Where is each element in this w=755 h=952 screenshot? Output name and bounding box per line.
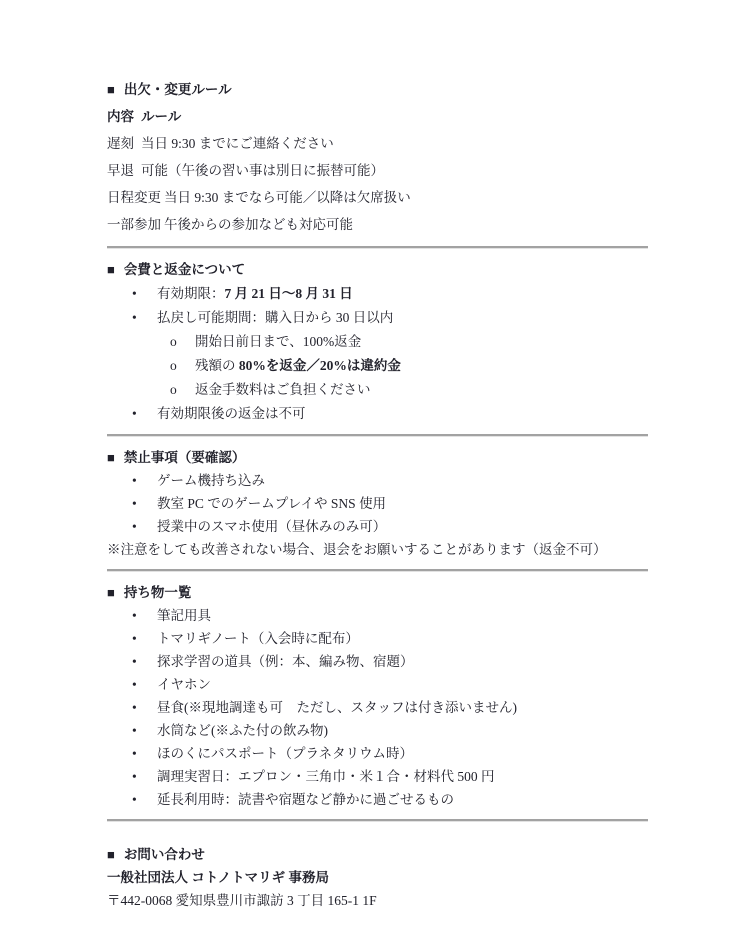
bullet-marker: • <box>132 673 157 696</box>
table-row: 遅刻 当日 9:30 までにご連絡ください <box>107 130 648 157</box>
bullet-marker: • <box>132 306 157 330</box>
list-item: • 水筒など(※ふた付の飲み物) <box>107 719 648 742</box>
bullet-marker: • <box>132 788 157 811</box>
list-item-text: 昼食(※現地調達も可 ただし、スタッフは付き添いません) <box>157 696 517 719</box>
bullet-marker: • <box>132 742 157 765</box>
postal-address: 〒442-0068 愛知県豊川市諏訪 3 丁目 165-1 1F <box>107 889 648 912</box>
section-prohibited: ■禁止事項（要確認） • ゲーム機持ち込み • 教室 PC でのゲームプレイや … <box>107 446 648 561</box>
table-row: 早退 可能（午後の習い事は別日に振替可能） <box>107 157 648 184</box>
section-belongings: ■持ち物一覧 • 筆記用具 • トマリギノート（入会時に配布） • 探求学習の道… <box>107 581 648 811</box>
bullet-marker: • <box>132 492 157 515</box>
heading-square-marker: ■ <box>107 446 115 469</box>
list-item: o 返金手数料はご負担ください <box>107 378 648 402</box>
list-item-text: 調理実習日：エプロン・三角巾・米１合・材料代 500 円 <box>157 765 495 788</box>
list-item-text: 探求学習の道具（例：本、編み物、宿題） <box>157 650 414 673</box>
bullet-marker: • <box>132 650 157 673</box>
list-item: • ゲーム機持ち込み <box>107 469 648 492</box>
list-item-text: 教室 PC でのゲームプレイや SNS 使用 <box>157 492 386 515</box>
rule-value: 当日 9:30 までなら可能／以降は欠席扱い <box>164 184 411 211</box>
section-heading: ■会費と返金について <box>107 258 648 282</box>
bullet-marker: o <box>170 378 195 402</box>
bullet-marker: • <box>132 469 157 492</box>
document-page: ■出欠・変更ルール 内容 ルール 遅刻 当日 9:30 までにご連絡ください 早… <box>0 0 755 912</box>
rule-label: 早退 <box>107 157 138 184</box>
bullet-marker: • <box>132 719 157 742</box>
list-item: • 延長利用時：読書や宿題など静かに過ごせるもの <box>107 788 648 811</box>
list-item-text: ほのくにパスポート（プラネタリウム時） <box>157 742 413 765</box>
section-heading: ■お問い合わせ <box>107 843 648 866</box>
rule-label: 日程変更 <box>107 184 161 211</box>
heading-square-marker: ■ <box>107 843 115 866</box>
rule-value: 当日 9:30 までにご連絡ください <box>141 130 334 157</box>
bullet-marker: o <box>170 354 195 378</box>
list-item: • ほのくにパスポート（プラネタリウム時） <box>107 742 648 765</box>
section-heading: ■禁止事項（要確認） <box>107 446 648 469</box>
list-item-text: 授業中のスマホ使用（昼休みのみ可） <box>157 515 386 538</box>
section-heading-text: 禁止事項（要確認） <box>124 450 246 465</box>
list-item-text: イヤホン <box>157 673 211 696</box>
list-item-text: 水筒など(※ふた付の飲み物) <box>157 719 328 742</box>
list-item-text: トマリギノート（入会時に配布） <box>157 627 359 650</box>
section-heading: ■出欠・変更ルール <box>107 76 648 103</box>
section-heading-text: お問い合わせ <box>124 847 205 862</box>
section-heading-text: 出欠・変更ルール <box>124 82 232 97</box>
list-item: • 有効期限：7 月 21 日～8 月 31 日 <box>107 282 648 306</box>
list-item: • 昼食(※現地調達も可 ただし、スタッフは付き添いません) <box>107 696 648 719</box>
list-item-text: 返金手数料はご負担ください <box>195 378 371 402</box>
list-item: • 授業中のスマホ使用（昼休みのみ可） <box>107 515 648 538</box>
section-divider <box>107 246 648 248</box>
list-item-text: 筆記用具 <box>157 604 211 627</box>
rule-value: ルール <box>141 103 181 130</box>
table-row: 一部参加 午後からの参加なども対応可能 <box>107 211 648 238</box>
list-item: • 教室 PC でのゲームプレイや SNS 使用 <box>107 492 648 515</box>
bullet-marker: • <box>132 282 157 306</box>
list-item: • トマリギノート（入会時に配布） <box>107 627 648 650</box>
list-item-text: 延長利用時：読書や宿題など静かに過ごせるもの <box>157 788 454 811</box>
section-heading-text: 会費と返金について <box>124 262 245 277</box>
list-item: o 開始日前日まで、100%返金 <box>107 330 648 354</box>
list-item-text: 払戻し可能期間：購入日から 30 日以内 <box>157 306 393 330</box>
organization-name: 一般社団法人 コトノトマリギ 事務局 <box>107 866 648 889</box>
bullet-marker: • <box>132 604 157 627</box>
bullet-marker: • <box>132 515 157 538</box>
table-row: 日程変更 当日 9:30 までなら可能／以降は欠席扱い <box>107 184 648 211</box>
list-item: • 調理実習日：エプロン・三角巾・米１合・材料代 500 円 <box>107 765 648 788</box>
bullet-marker: o <box>170 330 195 354</box>
section-divider <box>107 434 648 436</box>
rule-label: 遅刻 <box>107 130 138 157</box>
section-heading: ■持ち物一覧 <box>107 581 648 604</box>
section-divider <box>107 819 648 821</box>
list-item-text: 有効期限後の返金は不可 <box>157 402 306 426</box>
section-heading-text: 持ち物一覧 <box>124 585 192 600</box>
list-item: • 探求学習の道具（例：本、編み物、宿題） <box>107 650 648 673</box>
section-contact: ■お問い合わせ 一般社団法人 コトノトマリギ 事務局 〒442-0068 愛知県… <box>107 843 648 912</box>
list-item-text: 開始日前日まで、100%返金 <box>195 330 361 354</box>
warning-note: ※注意をしても改善されない場合、退会をお願いすることがあります（返金不可） <box>107 538 648 561</box>
section-fees-refunds: ■会費と返金について • 有効期限：7 月 21 日～8 月 31 日 • 払戻… <box>107 258 648 426</box>
section-attendance-rules: ■出欠・変更ルール 内容 ルール 遅刻 当日 9:30 までにご連絡ください 早… <box>107 76 648 238</box>
list-item: • 有効期限後の返金は不可 <box>107 402 648 426</box>
list-item: • 払戻し可能期間：購入日から 30 日以内 <box>107 306 648 330</box>
list-item: o 残額の 80%を返金／20%は違約金 <box>107 354 648 378</box>
bullet-marker: • <box>132 765 157 788</box>
rule-label: 内容 <box>107 103 138 130</box>
table-row: 内容 ルール <box>107 103 648 130</box>
list-item: • イヤホン <box>107 673 648 696</box>
list-item: • 筆記用具 <box>107 604 648 627</box>
heading-square-marker: ■ <box>107 258 115 282</box>
bullet-marker: • <box>132 402 157 426</box>
bullet-marker: • <box>132 696 157 719</box>
heading-square-marker: ■ <box>107 76 115 103</box>
bullet-marker: • <box>132 627 157 650</box>
list-item-text: 残額の 80%を返金／20%は違約金 <box>195 354 401 378</box>
rule-value: 午後からの参加なども対応可能 <box>164 211 353 238</box>
heading-square-marker: ■ <box>107 581 115 604</box>
section-divider <box>107 569 648 571</box>
list-item-text: 有効期限：7 月 21 日～8 月 31 日 <box>157 282 353 306</box>
rule-value: 可能（午後の習い事は別日に振替可能） <box>141 157 384 184</box>
rule-label: 一部参加 <box>107 211 161 238</box>
list-item-text: ゲーム機持ち込み <box>157 469 265 492</box>
